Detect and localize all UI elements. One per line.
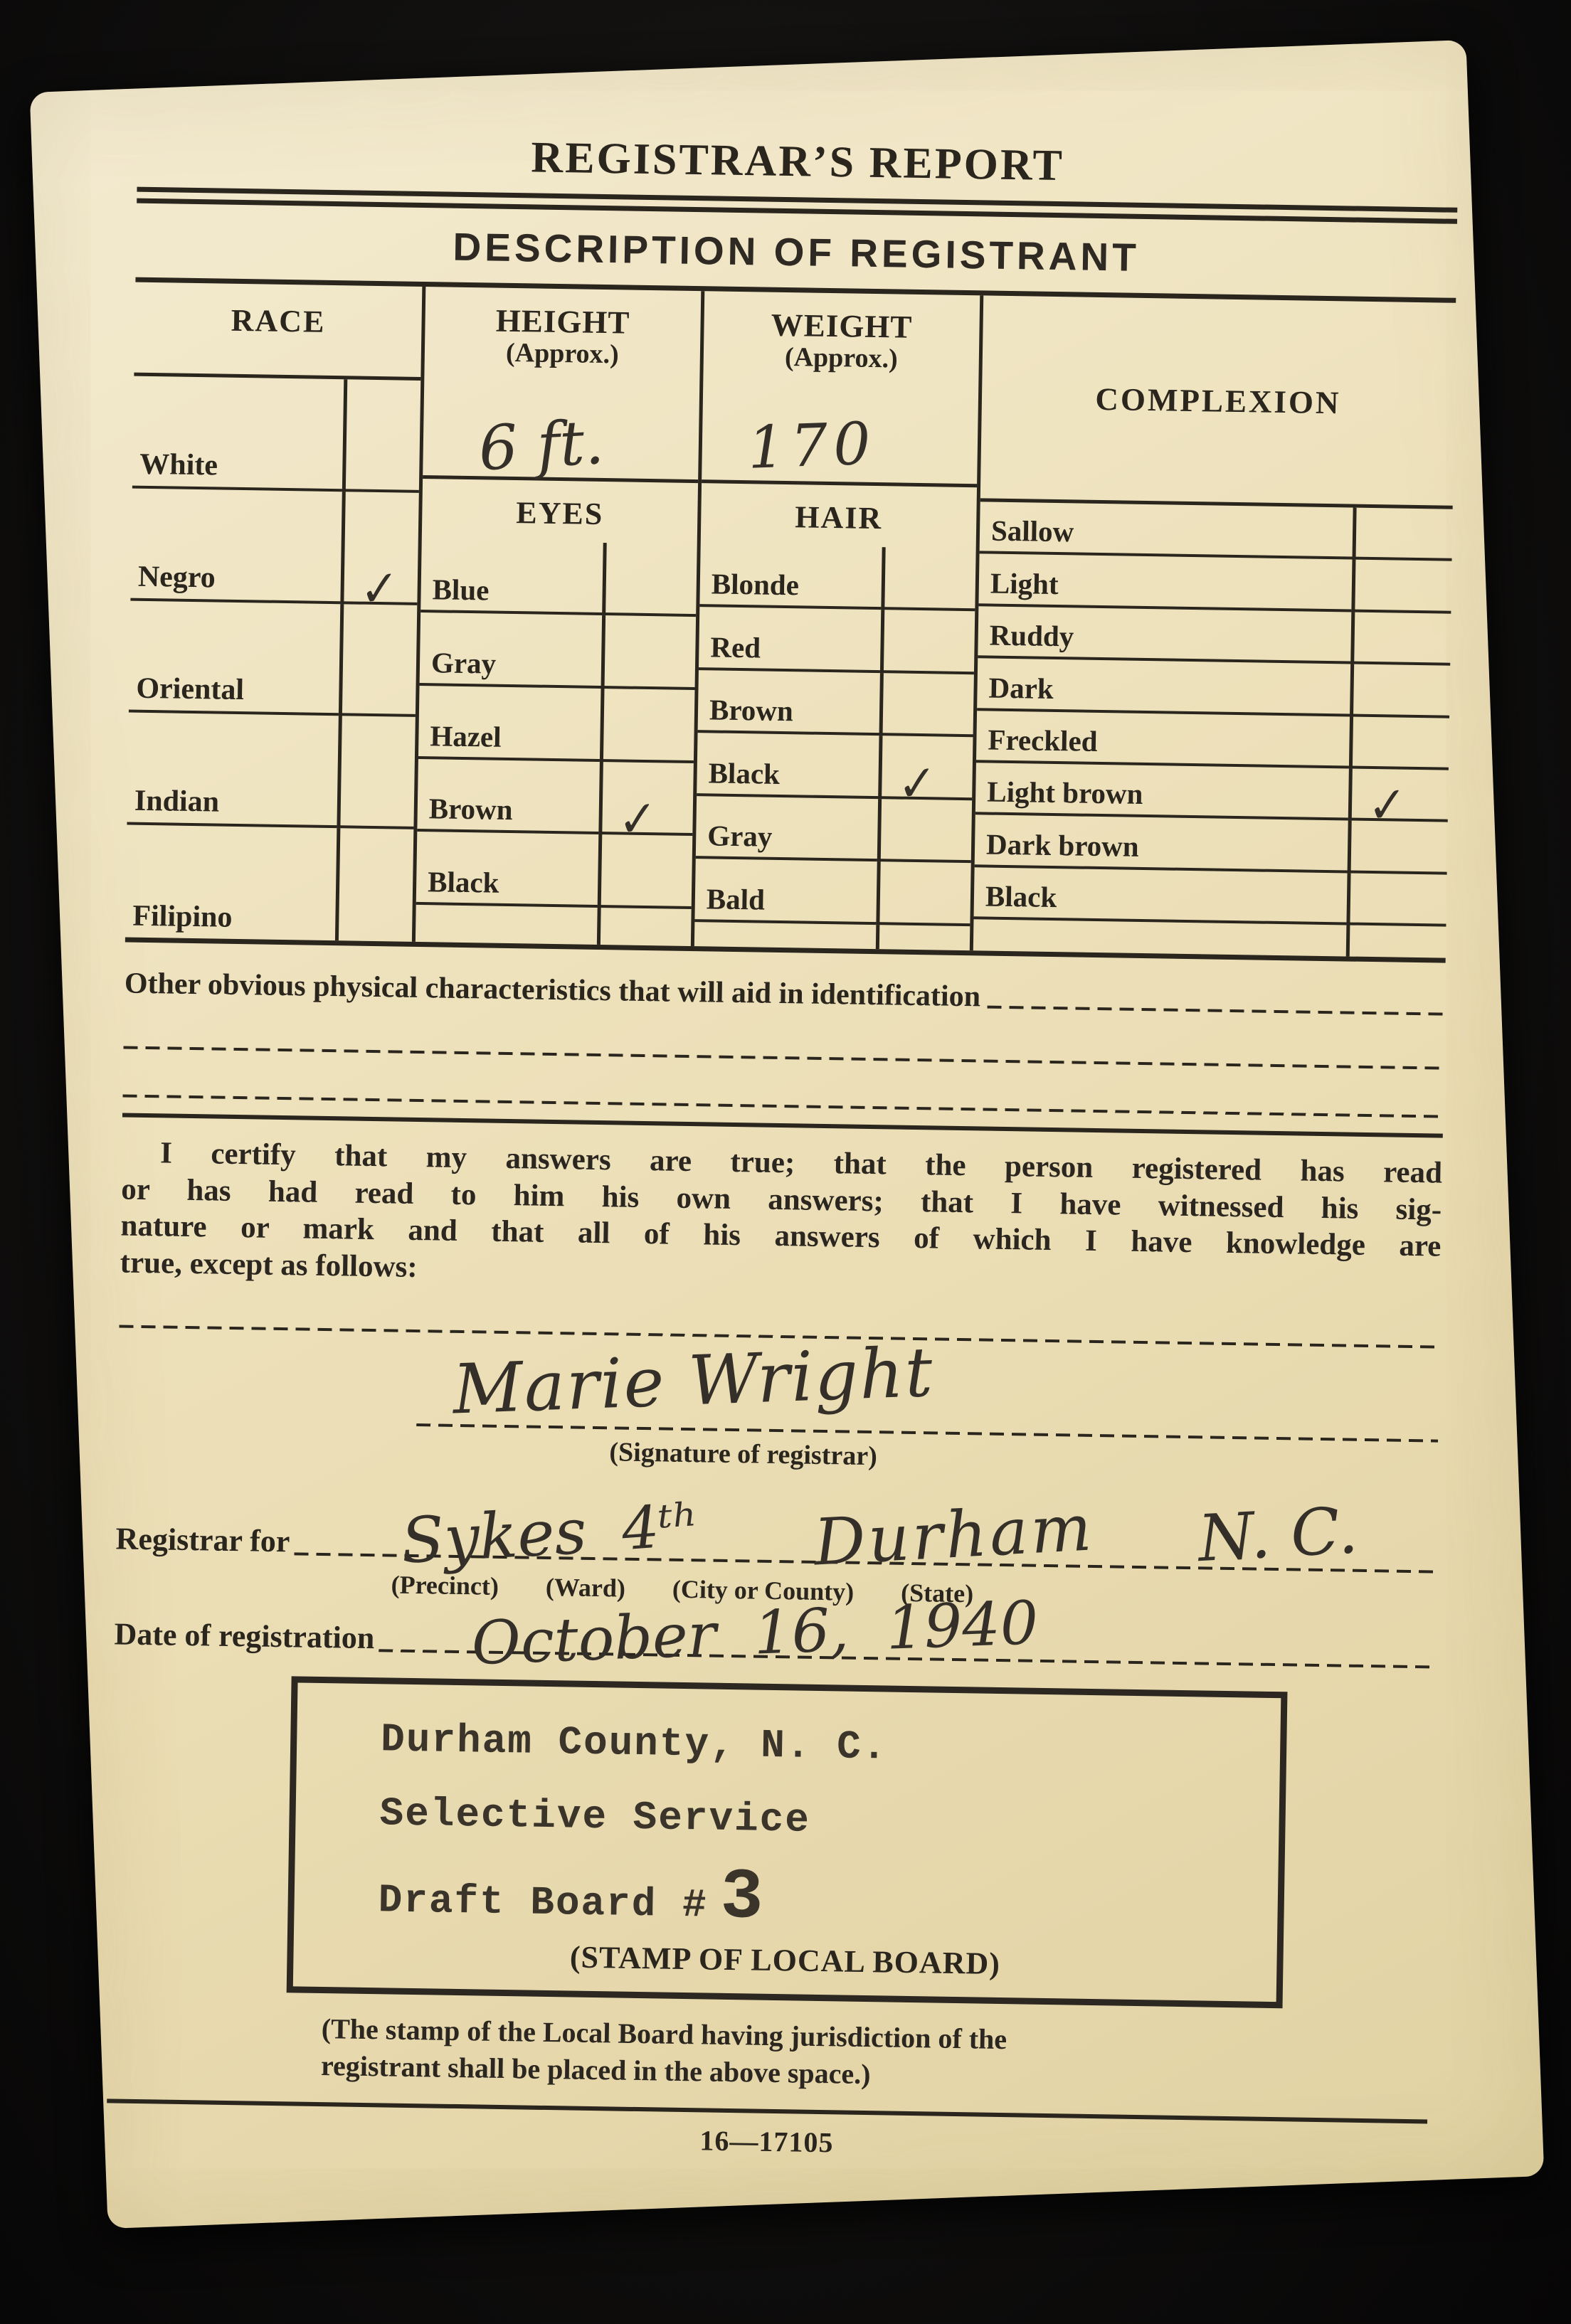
hair-color-label: Black bbox=[697, 733, 879, 799]
description-table: RACE White Negro ✓ Oriental bbox=[125, 277, 1456, 963]
hair-color-checkbox: ✓ bbox=[878, 736, 973, 800]
complexion-label: Dark brown bbox=[975, 815, 1348, 874]
weight-handwritten-value: 170 bbox=[746, 410, 877, 482]
local-board-stamp-box: Durham County, N. C. Selective Service D… bbox=[287, 1677, 1288, 2009]
section-divider-rule bbox=[122, 1113, 1443, 1137]
complexion-row: Light brown ✓ bbox=[975, 763, 1449, 822]
state-handwritten-value: N. C. bbox=[1196, 1493, 1360, 1576]
eye-color-label: Black bbox=[416, 832, 599, 908]
race-option-label: White bbox=[132, 376, 344, 492]
stamp-county-line: Durham County, N. C. bbox=[381, 1717, 1281, 1777]
race-option-checkbox bbox=[342, 379, 420, 492]
hair-color-label: Blonde bbox=[699, 544, 882, 610]
race-option-label: Negro bbox=[130, 488, 342, 603]
hair-color-checkbox bbox=[876, 862, 970, 927]
weight-hair-column: WEIGHT (Approx.) 170 HAIR Blonde Red bbox=[694, 291, 983, 950]
blank-line bbox=[123, 1046, 1444, 1070]
draft-board-prefix: Draft Board # bbox=[378, 1878, 708, 1928]
hair-color-checkbox bbox=[881, 547, 975, 612]
complexion-checkbox bbox=[1352, 508, 1452, 562]
card-subtitle: DESCRIPTION OF REGISTRANT bbox=[136, 219, 1457, 285]
precinct-handwritten-value: Sykes bbox=[399, 1495, 588, 1578]
hair-color-row: Blonde bbox=[699, 544, 975, 612]
blank-line bbox=[988, 1006, 1445, 1016]
race-header: RACE bbox=[134, 282, 422, 381]
eye-color-checkbox: ✓ bbox=[598, 762, 694, 837]
eye-color-checkbox bbox=[601, 615, 697, 690]
other-characteristics-row: Other obvious physical characteristics t… bbox=[125, 967, 1446, 1022]
race-option-row: White bbox=[132, 376, 420, 493]
complexion-row: Ruddy bbox=[978, 606, 1451, 666]
complexion-row: Black bbox=[973, 867, 1446, 927]
stamp-instruction-note: (The stamp of the Local Board having jur… bbox=[321, 2010, 1232, 2097]
complexion-label: Sallow bbox=[980, 502, 1353, 560]
complexion-label: Black bbox=[973, 867, 1347, 925]
certification-paragraph: I certify that my answers are true; that… bbox=[120, 1134, 1442, 1302]
complexion-row: Freckled bbox=[976, 711, 1449, 770]
registrar-for-field: Sykes 4ᵗʰ Durham N. C. bbox=[294, 1519, 1437, 1578]
complexion-label: Dark bbox=[977, 658, 1350, 716]
complexion-row: Dark brown bbox=[975, 815, 1448, 875]
eye-color-row: Brown ✓ bbox=[417, 759, 694, 837]
weight-value-cell: 170 bbox=[702, 371, 978, 487]
hair-options: Blonde Red Brown Black ✓ bbox=[694, 544, 976, 950]
city-handwritten-value: Durham bbox=[812, 1491, 1096, 1581]
weight-header: WEIGHT (Approx.) bbox=[704, 291, 980, 375]
race-option-checkbox bbox=[337, 716, 415, 829]
eye-color-checkbox bbox=[602, 543, 697, 617]
race-column: RACE White Negro ✓ Oriental bbox=[125, 282, 425, 942]
complexion-row: Light bbox=[978, 554, 1451, 614]
complexion-column: COMPLEXION Sallow Light Ruddy bbox=[973, 295, 1456, 957]
complexion-header: COMPLEXION bbox=[980, 295, 1456, 509]
eye-color-row: Black bbox=[416, 832, 693, 909]
hair-color-checkbox bbox=[879, 673, 974, 738]
complexion-filler-cell bbox=[973, 919, 1446, 957]
hair-color-row: Black ✓ bbox=[697, 733, 973, 800]
complexion-label: Ruddy bbox=[978, 606, 1351, 664]
hair-color-row: Bald bbox=[694, 859, 970, 927]
complexion-row: Sallow bbox=[980, 502, 1453, 561]
eye-color-checkbox bbox=[600, 689, 695, 763]
race-option-label: Filipino bbox=[125, 825, 337, 940]
hair-color-checkbox bbox=[880, 610, 975, 674]
hair-color-label: Bald bbox=[694, 859, 877, 925]
eye-color-checkbox bbox=[598, 834, 693, 909]
hair-header: HAIR bbox=[701, 483, 977, 548]
race-option-checkbox bbox=[339, 604, 417, 717]
height-header: HEIGHT (Approx.) bbox=[425, 287, 702, 371]
race-option-row: Oriental bbox=[129, 600, 417, 717]
hair-color-row: Red bbox=[699, 607, 975, 674]
eye-color-label: Blue bbox=[420, 540, 603, 616]
height-eyes-column: HEIGHT (Approx.) 6 ft. EYES Blue Gray bbox=[416, 287, 704, 946]
eye-color-label: Brown bbox=[417, 759, 600, 835]
ward-handwritten-value: 4ᵗʰ bbox=[619, 1491, 700, 1564]
registrar-signature: Marie Wright bbox=[451, 1332, 935, 1430]
complexion-options: Sallow Light Ruddy Dark bbox=[973, 502, 1453, 957]
eyes-options: Blue Gray Hazel Brown ✓ bbox=[416, 540, 697, 946]
race-option-row: Filipino bbox=[125, 825, 413, 942]
complexion-label: Freckled bbox=[976, 711, 1350, 769]
race-option-label: Indian bbox=[127, 713, 338, 828]
complexion-checkbox bbox=[1351, 560, 1451, 614]
date-of-registration-label: Date of registration bbox=[114, 1616, 375, 1657]
date-of-registration-row: Date of registration October 16, 1940 bbox=[114, 1611, 1435, 1673]
blank-line bbox=[122, 1094, 1443, 1118]
hair-color-label: Gray bbox=[696, 796, 878, 862]
race-option-checkbox: ✓ bbox=[340, 492, 418, 605]
hair-color-row: Brown bbox=[698, 670, 974, 738]
form-number: 16—17105 bbox=[106, 2114, 1427, 2168]
date-field: October 16, 1940 bbox=[379, 1615, 1435, 1673]
race-option-row: Indian bbox=[127, 713, 415, 829]
complexion-checkbox bbox=[1348, 821, 1448, 875]
stamp-board-line: Draft Board # 3 bbox=[378, 1865, 1278, 1938]
race-options: White Negro ✓ Oriental Indian bbox=[125, 376, 420, 942]
card-content: REGISTRAR’S REPORT DESCRIPTION OF REGIST… bbox=[47, 54, 1518, 2214]
registrar-for-label: Registrar for bbox=[115, 1521, 290, 1560]
complexion-checkbox: ✓ bbox=[1348, 768, 1449, 822]
hair-color-checkbox bbox=[877, 799, 972, 864]
complexion-checkbox bbox=[1350, 612, 1451, 666]
complexion-label: Light brown bbox=[975, 763, 1349, 821]
complexion-row: Dark bbox=[977, 658, 1450, 718]
complexion-checkbox bbox=[1349, 716, 1449, 770]
complexion-checkbox bbox=[1346, 873, 1446, 927]
other-characteristics-label: Other obvious physical characteristics t… bbox=[125, 967, 981, 1014]
hair-color-label: Red bbox=[699, 607, 881, 673]
stamp-service-line: Selective Service bbox=[379, 1791, 1279, 1851]
height-value-cell: 6 ft. bbox=[423, 366, 699, 483]
eye-color-label: Gray bbox=[420, 612, 603, 689]
hair-color-label: Brown bbox=[698, 670, 880, 736]
complexion-label: Light bbox=[978, 554, 1352, 612]
registrar-report-card: REGISTRAR’S REPORT DESCRIPTION OF REGIST… bbox=[30, 40, 1545, 2229]
ward-caption: (Ward) bbox=[546, 1572, 626, 1603]
complexion-checkbox bbox=[1350, 664, 1450, 718]
card-title: REGISTRAR’S REPORT bbox=[137, 127, 1459, 198]
draft-board-number: 3 bbox=[720, 1870, 765, 1928]
eye-color-label: Hazel bbox=[418, 686, 601, 762]
eye-color-row: Hazel bbox=[418, 686, 695, 763]
eye-color-row: Blue bbox=[420, 540, 697, 617]
race-option-checkbox bbox=[335, 828, 413, 941]
signature-block: Marie Wright (Signature of registrar) bbox=[117, 1339, 1439, 1495]
hair-color-row: Gray bbox=[696, 796, 972, 864]
hair-filler-cell bbox=[694, 922, 970, 950]
race-option-row: Negro ✓ bbox=[130, 488, 418, 605]
race-option-label: Oriental bbox=[129, 600, 340, 716]
eye-color-row: Gray bbox=[420, 612, 697, 690]
eyes-filler-cell bbox=[416, 905, 692, 946]
eyes-header: EYES bbox=[422, 479, 698, 544]
height-handwritten-value: 6 ft. bbox=[477, 407, 605, 484]
stamp-box-caption: (STAMP OF LOCAL BOARD) bbox=[293, 1935, 1277, 1987]
signature-caption: (Signature of registrar) bbox=[416, 1433, 1071, 1475]
